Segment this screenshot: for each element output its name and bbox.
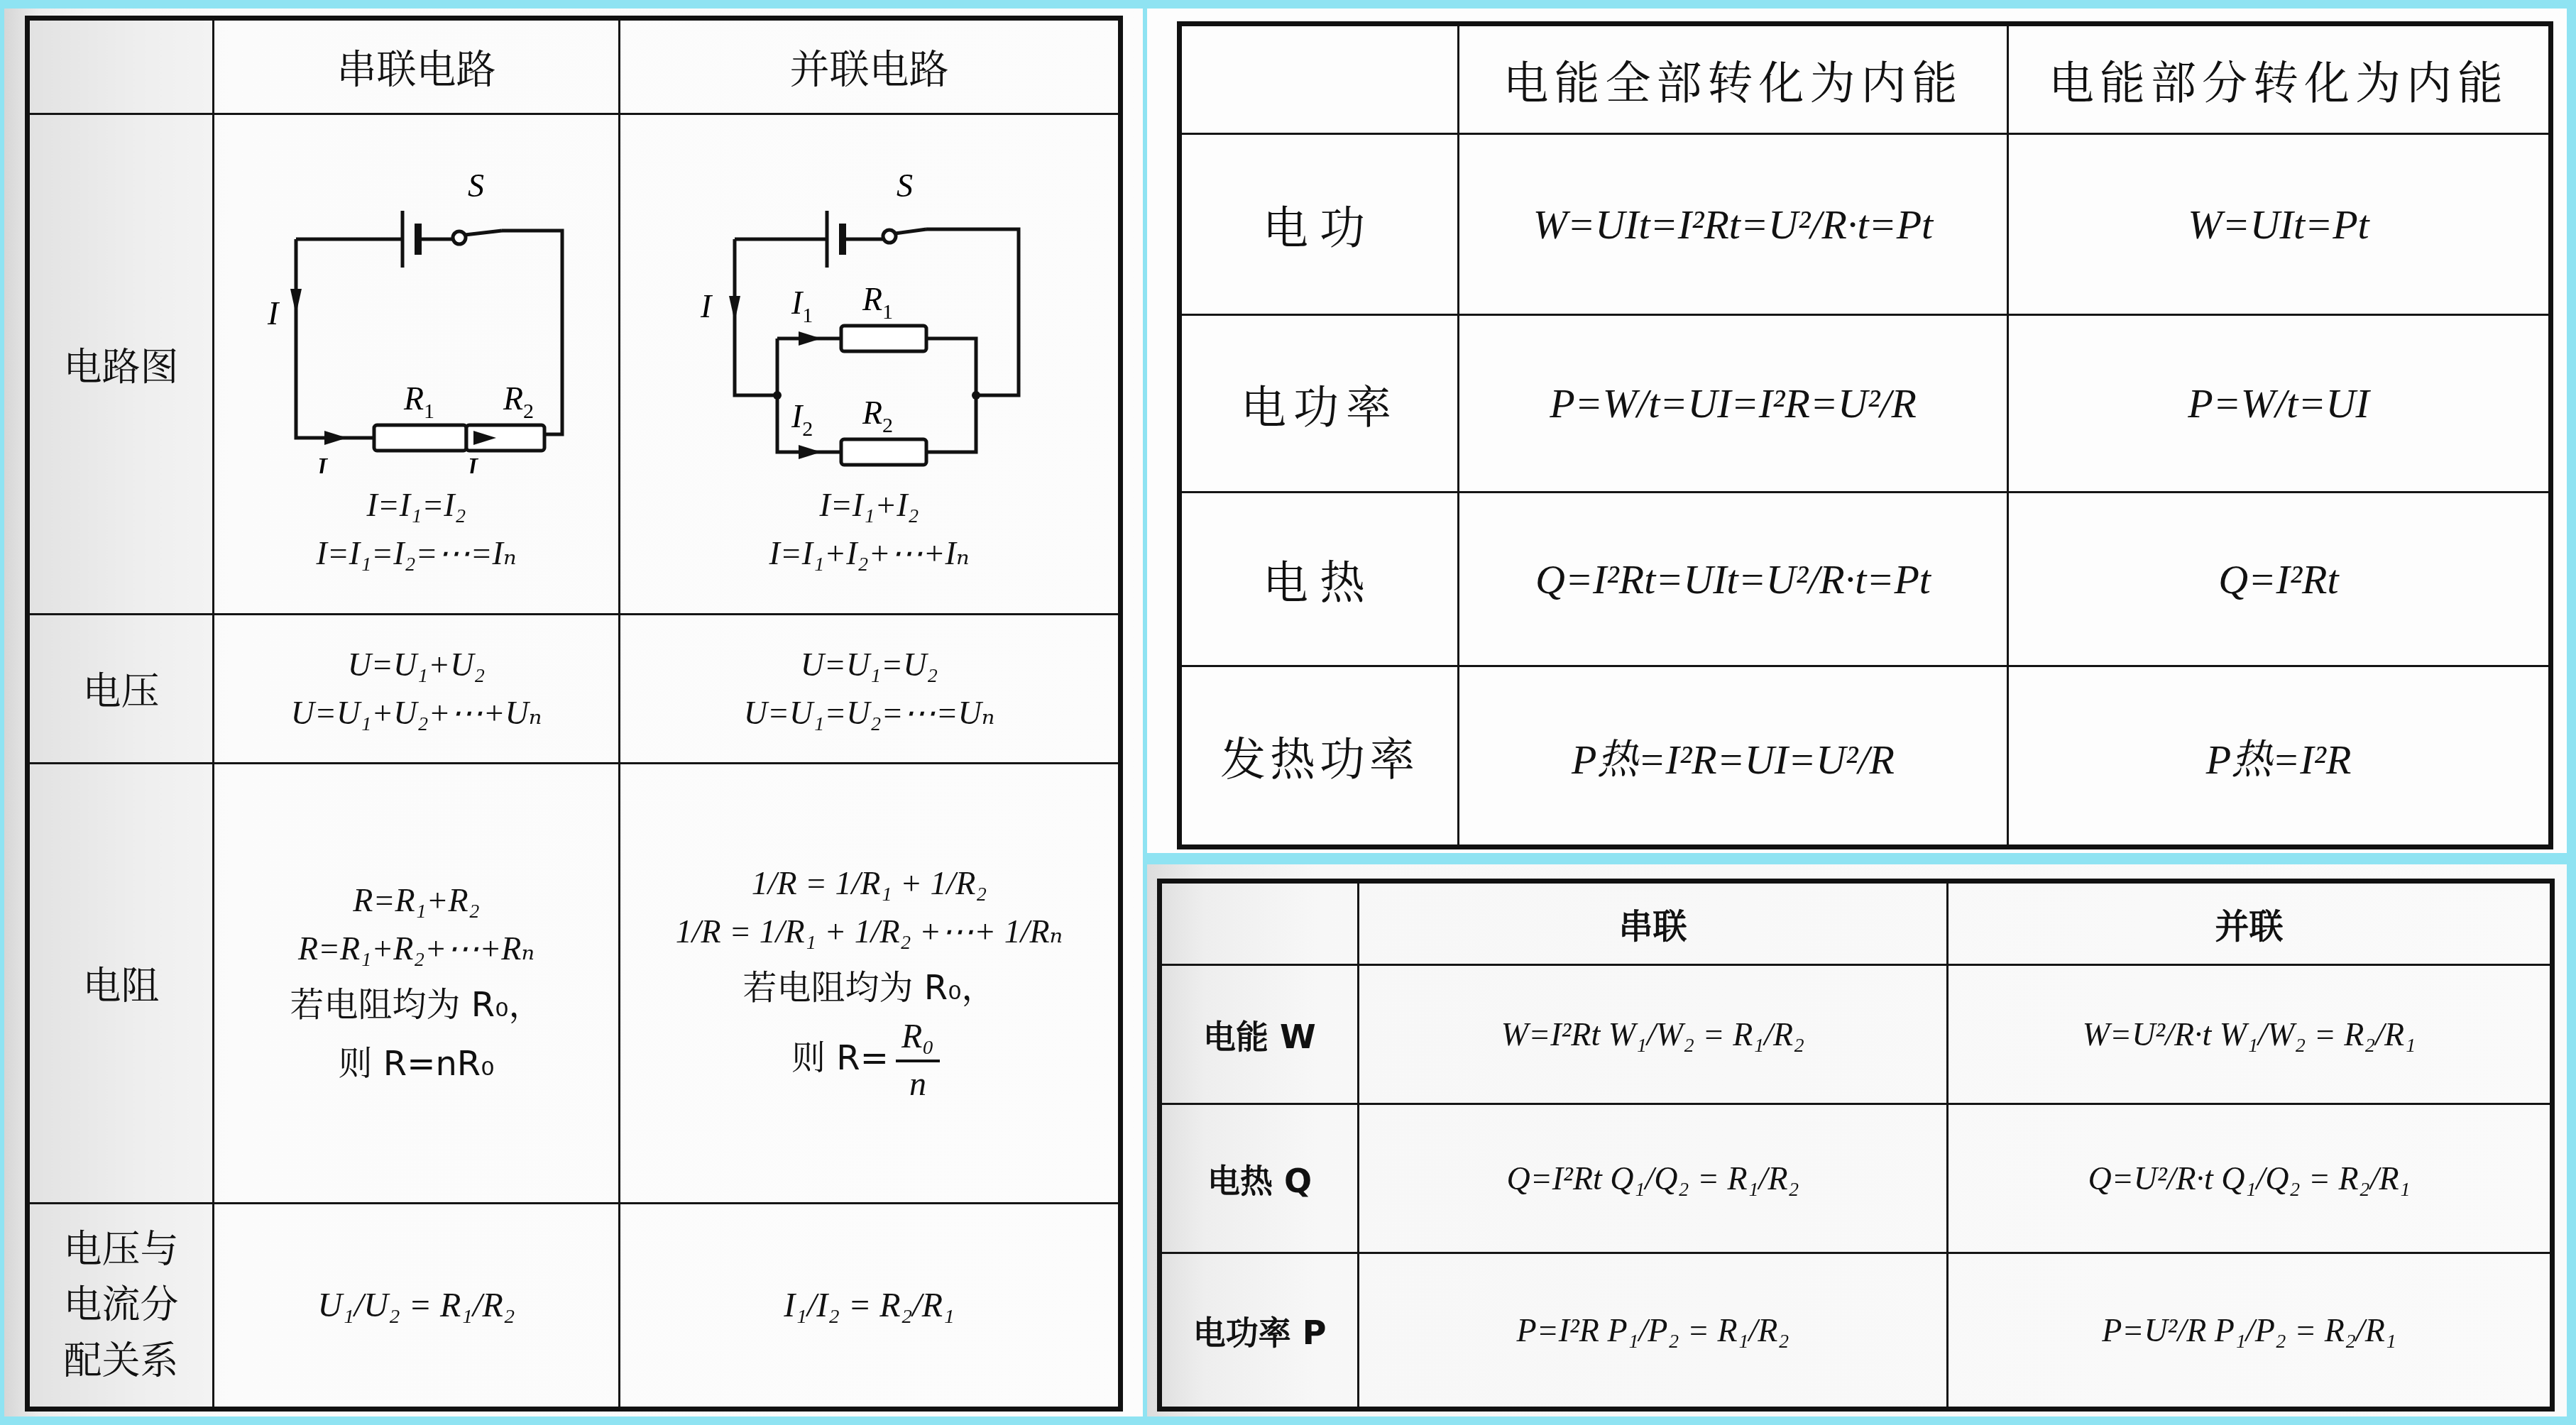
corner-cell — [28, 18, 214, 114]
parallel-current-eq: I=I₁+I₂ — [620, 486, 1118, 524]
parallel-circuit-diagram: S I R1 R2 I1 I2 — [685, 147, 1054, 473]
parallel-current-eq-n: I=I₁+I₂+⋯+Iₙ — [620, 534, 1118, 572]
series-current-eq: I=I₁=I₂ — [214, 486, 618, 524]
row-label-electric-heat: 电热 — [1180, 493, 1459, 666]
corner-cell — [1180, 24, 1459, 134]
row-label-voltage: 电压 — [28, 615, 214, 764]
svg-text:I2: I2 — [791, 398, 813, 441]
header-parallel: 并联 — [1948, 881, 2553, 965]
parallel-distribution-eq: I₁/I₂ = R₂/R₁ — [620, 1204, 1121, 1409]
series-distribution-eq: U₁/U₂ = R₁/R₂ — [214, 1204, 620, 1409]
svg-text:I: I — [267, 295, 280, 331]
series-resistance-note: 若电阻均为 R₀， — [214, 977, 618, 1026]
row-label-heating-power: 发热功率 — [1180, 666, 1459, 847]
partial-heat-eq: Q=I²Rt — [2008, 493, 2551, 666]
row-label-resistance: 电阻 — [28, 764, 214, 1204]
parallel-resistance-note: 若电阻均为 R₀， — [620, 960, 1118, 1009]
series-resistance-result: 则 R=nR₀ — [214, 1036, 618, 1085]
row-label-distribution: 电压与 电流分 配关系 — [28, 1204, 214, 1409]
svg-text:R1: R1 — [862, 281, 893, 324]
parallel-resistance-result: 则 R=R₀n — [620, 1019, 1118, 1102]
header-series: 串联 — [1359, 881, 1948, 965]
series-current-eq-n: I=I₁=I₂=⋯=Iₙ — [214, 534, 618, 572]
series-parallel-energy-ratio-table: 串联 并联 电能 W W=I²Rt W₁/W₂ = R₁/R₂ W=U²/R·t… — [1157, 879, 2555, 1412]
series-circuit-diagram: S I R1 R2 I1 I2 — [232, 147, 601, 473]
full-heat-eq: Q=I²Rt=UIt=U²/R·t=Pt — [1459, 493, 2008, 666]
row-label-heat: 电热 Q — [1160, 1104, 1359, 1253]
corner-cell — [1160, 881, 1359, 965]
header-parallel-circuit: 并联电路 — [620, 18, 1121, 114]
series-resistance-cell: R=R₁+R₂ R=R₁+R₂+⋯+Rₙ 若电阻均为 R₀， 则 R=nR₀ — [214, 764, 620, 1204]
series-resistance-eq-n: R=R₁+R₂+⋯+Rₙ — [214, 929, 618, 967]
series-resistance-eq: R=R₁+R₂ — [214, 881, 618, 919]
svg-text:I1: I1 — [315, 451, 337, 473]
svg-text:S: S — [897, 167, 913, 204]
partial-heating-power-eq: P热=I²R — [2008, 666, 2551, 847]
full-heating-power-eq: P热=I²R=UI=U²/R — [1459, 666, 2008, 847]
series-energy-eq: W=I²Rt W₁/W₂ = R₁/R₂ — [1359, 965, 1948, 1104]
parallel-resistance-eq-n: 1/R = 1/R₁ + 1/R₂ +⋯+ 1/Rₙ — [620, 912, 1118, 950]
svg-text:S: S — [468, 167, 484, 204]
parallel-power-eq: P=U²/R P₁/P₂ = R₂/R₁ — [1948, 1253, 2553, 1409]
parallel-circuit-cell: S I R1 R2 I1 I2 I=I₁+I₂ I=I₁+I₂+⋯+Iₙ — [620, 114, 1121, 615]
parallel-resistance-cell: 1/R = 1/R₁ + 1/R₂ 1/R = 1/R₁ + 1/R₂ +⋯+ … — [620, 764, 1121, 1204]
svg-text:R2: R2 — [503, 380, 534, 423]
series-circuit-cell: S I R1 R2 I1 I2 I=I₁=I₂ I=I₁=I₂=⋯=Iₙ — [214, 114, 620, 615]
parallel-voltage-eq: U=U₁=U₂ — [620, 646, 1118, 683]
parallel-energy-eq: W=U²/R·t W₁/W₂ = R₂/R₁ — [1948, 965, 2553, 1104]
r0-over-n-fraction: R₀n — [896, 1019, 940, 1102]
parallel-voltage-cell: U=U₁=U₂ U=U₁=U₂=⋯=Uₙ — [620, 615, 1121, 764]
svg-text:I: I — [700, 288, 713, 324]
header-full-conversion: 电能全部转化为内能 — [1459, 24, 2008, 134]
row-label-circuit-diagram: 电路图 — [28, 114, 214, 615]
svg-text:I2: I2 — [466, 451, 488, 473]
partial-power-eq: P=W/t=UI — [2008, 315, 2551, 493]
svg-text:R1: R1 — [403, 380, 434, 423]
series-voltage-cell: U=U₁+U₂ U=U₁+U₂+⋯+Uₙ — [214, 615, 620, 764]
series-power-eq: P=I²R P₁/P₂ = R₁/R₂ — [1359, 1253, 1948, 1409]
partial-work-eq: W=UIt=Pt — [2008, 134, 2551, 315]
series-heat-eq: Q=I²Rt Q₁/Q₂ = R₁/R₂ — [1359, 1104, 1948, 1253]
series-voltage-eq-n: U=U₁+U₂+⋯+Uₙ — [214, 693, 618, 732]
svg-text:I1: I1 — [791, 285, 813, 327]
parallel-heat-eq: Q=U²/R·t Q₁/Q₂ = R₂/R₁ — [1948, 1104, 2553, 1253]
series-voltage-eq: U=U₁+U₂ — [214, 646, 618, 683]
svg-text:R2: R2 — [862, 395, 893, 437]
row-label-energy: 电能 W — [1160, 965, 1359, 1104]
parallel-voltage-eq-n: U=U₁=U₂=⋯=Uₙ — [620, 693, 1118, 732]
row-label-electric-power: 电功率 — [1180, 315, 1459, 493]
header-partial-conversion: 电能部分转化为内能 — [2008, 24, 2551, 134]
row-label-electric-work: 电功 — [1180, 134, 1459, 315]
row-label-power: 电功率 P — [1160, 1253, 1359, 1409]
energy-conversion-table: 电能全部转化为内能 电能部分转化为内能 电功 W=UIt=I²Rt=U²/R·t… — [1177, 21, 2553, 849]
parallel-resistance-eq: 1/R = 1/R₁ + 1/R₂ — [620, 864, 1118, 902]
full-power-eq: P=W/t=UI=I²R=U²/R — [1459, 315, 2008, 493]
full-work-eq: W=UIt=I²Rt=U²/R·t=Pt — [1459, 134, 2008, 315]
header-series-circuit: 串联电路 — [214, 18, 620, 114]
series-parallel-circuit-table: 串联电路 并联电路 电路图 S I — [25, 16, 1123, 1412]
